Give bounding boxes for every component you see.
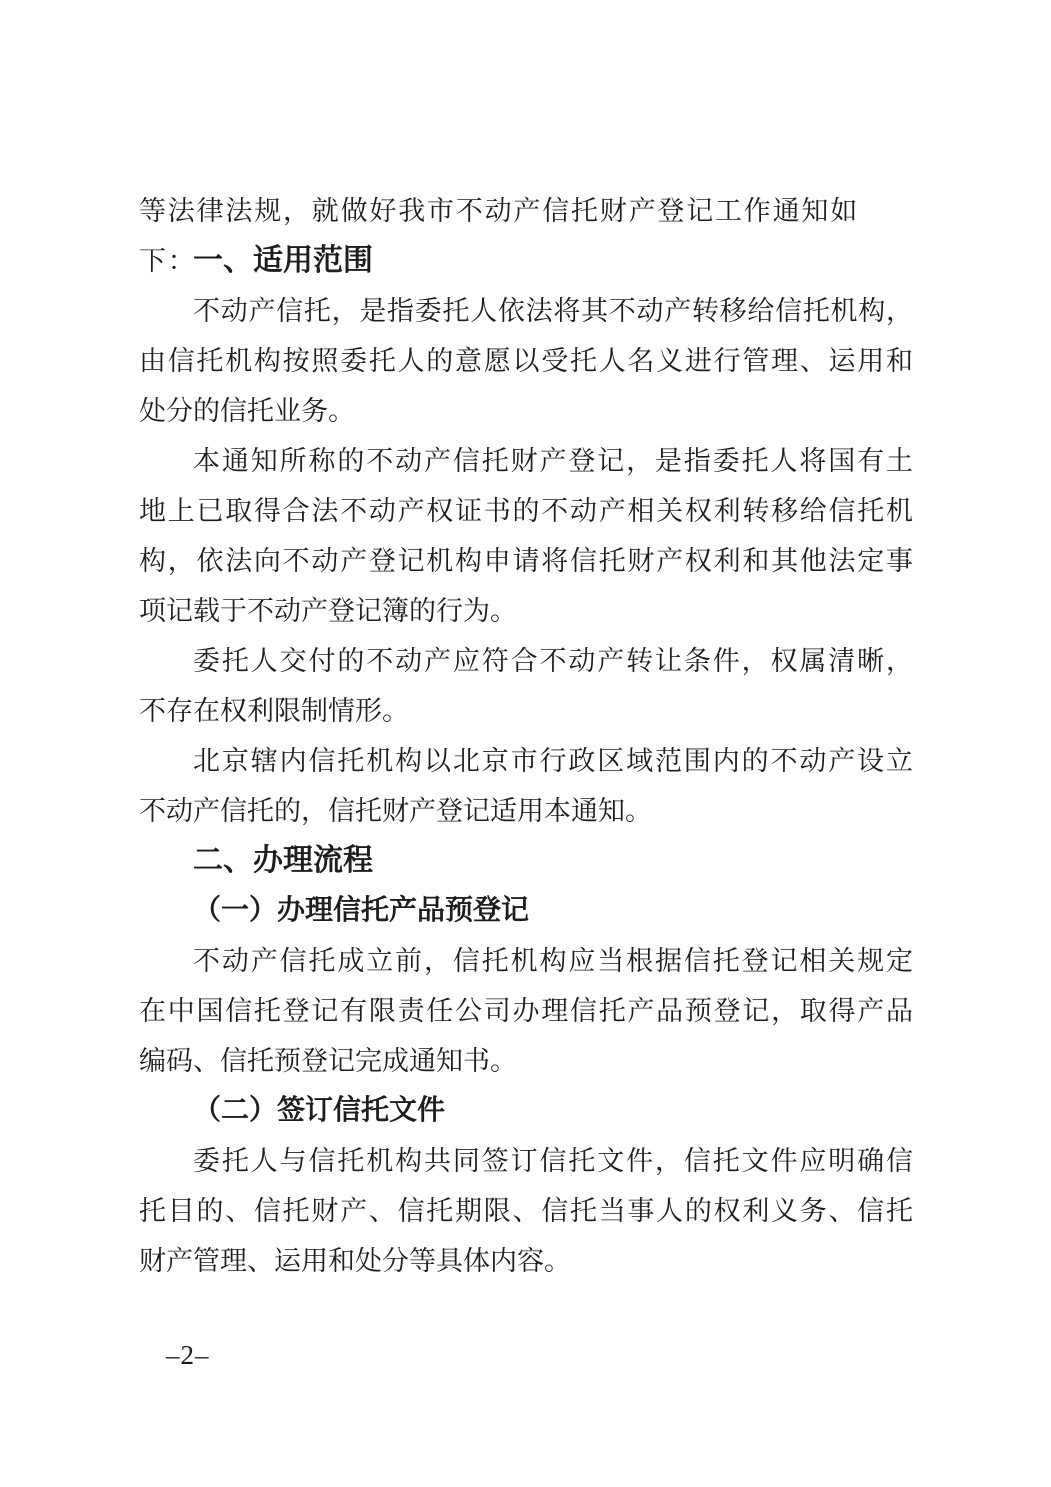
subsection-heading: （二）签订信托文件 [139, 1086, 913, 1136]
paragraph-line: 不动产信托，是指委托人依法将其不动产转移给信托机构， [139, 286, 913, 336]
paragraph-line: 等法律法规，就做好我市不动产信托财产登记工作通知如下： [139, 186, 913, 236]
paragraph-line: 在中国信托登记有限责任公司办理信托产品预登记，取得产品 [139, 986, 913, 1036]
document-content: 等法律法规，就做好我市不动产信托财产登记工作通知如下：一、适用范围不动产信托，是… [139, 186, 913, 1286]
paragraph-line: 地上已取得合法不动产权证书的不动产相关权利转移给信托机 [139, 486, 913, 536]
paragraph-line: 构，依法向不动产登记机构申请将信托财产权利和其他法定事 [139, 536, 913, 586]
subsection-heading: （一）办理信托产品预登记 [139, 886, 913, 936]
section-heading: 二、办理流程 [139, 836, 913, 886]
paragraph-line: 由信托机构按照委托人的意愿以受托人名义进行管理、运用和 [139, 336, 913, 386]
paragraph-line: 北京辖内信托机构以北京市行政区域范围内的不动产设立 [139, 736, 913, 786]
paragraph-line: 不动产信托成立前，信托机构应当根据信托登记相关规定 [139, 936, 913, 986]
paragraph-line: 项记载于不动产登记簿的行为。 [139, 586, 913, 636]
section-heading: 一、适用范围 [139, 236, 913, 286]
paragraph-line: 托目的、信托财产、信托期限、信托当事人的权利义务、信托 [139, 1186, 913, 1236]
paragraph-line: 财产管理、运用和处分等具体内容。 [139, 1236, 913, 1286]
page-number: –2– [166, 1330, 210, 1380]
document-page: 等法律法规，就做好我市不动产信托财产登记工作通知如下：一、适用范围不动产信托，是… [0, 0, 1051, 1487]
paragraph-line: 处分的信托业务。 [139, 386, 913, 436]
paragraph-line: 不动产信托的，信托财产登记适用本通知。 [139, 786, 913, 836]
paragraph-line: 本通知所称的不动产信托财产登记，是指委托人将国有土 [139, 436, 913, 486]
paragraph-line: 不存在权利限制情形。 [139, 686, 913, 736]
paragraph-line: 编码、信托预登记完成通知书。 [139, 1036, 913, 1086]
paragraph-line: 委托人与信托机构共同签订信托文件，信托文件应明确信 [139, 1136, 913, 1186]
paragraph-line: 委托人交付的不动产应符合不动产转让条件，权属清晰， [139, 636, 913, 686]
